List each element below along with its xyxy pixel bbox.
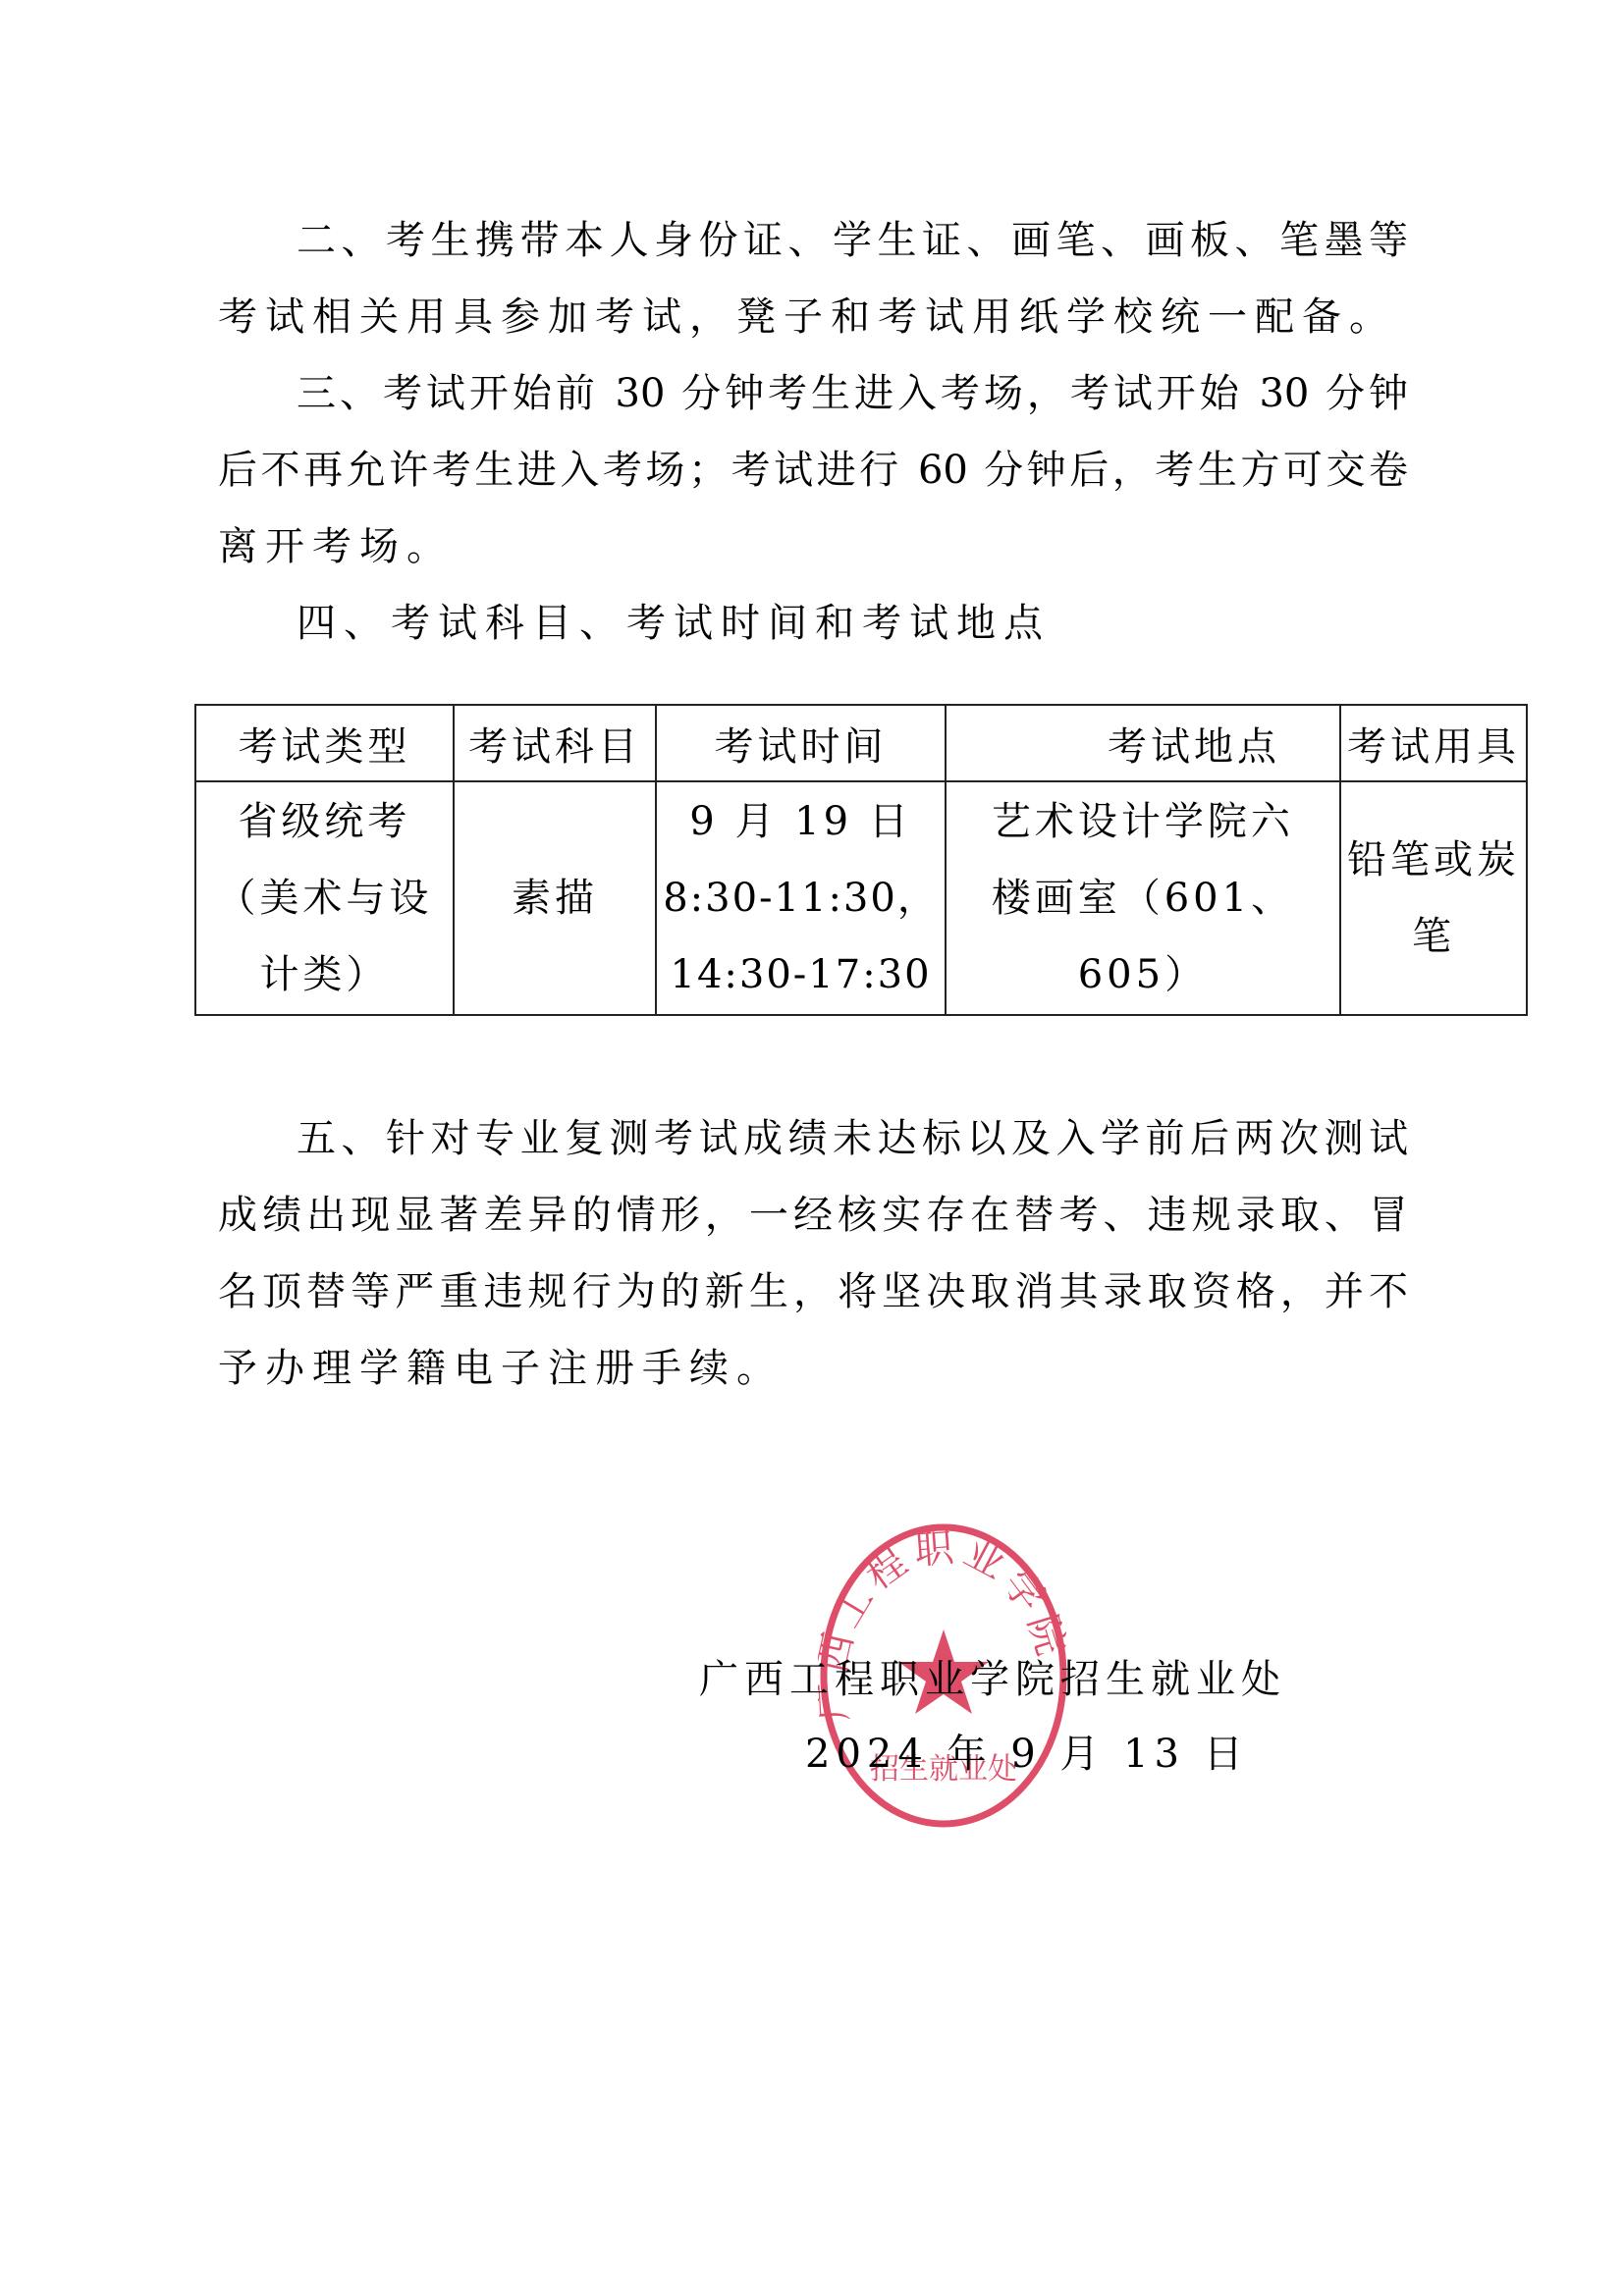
paragraph-5-line-4: 予办理学籍电子注册手续。 [218,1330,1408,1407]
header-exam-location: 考试地点 [946,705,1340,781]
paragraph-3-line-3: 离开考场。 [218,508,1408,585]
signature-date: 2024 年 9 月 13 日 [805,1716,1249,1792]
paragraph-2-line-2: 考试相关用具参加考试，凳子和考试用纸学校统一配备。 [218,279,1408,355]
paragraph-5-line-1: 五、针对专业复测考试成绩未达标以及入学前后两次测试 [297,1100,1408,1177]
signature-organization: 广西工程职业学院招生就业处 [699,1641,1286,1718]
header-exam-type: 考试类型 [195,705,454,781]
paragraph-2-line-1: 二、考生携带本人身份证、学生证、画笔、画板、笔墨等 [297,202,1408,279]
header-exam-tools: 考试用具 [1340,705,1527,781]
cell-exam-type: 省级统考 （美术与设 计类） [195,781,454,1015]
paragraph-3-line-2: 后不再允许考生进入考场；考试进行 60 分钟后，考生方可交卷 [218,432,1408,508]
paragraph-3-line-1: 三、考试开始前 30 分钟考生进入考场，考试开始 30 分钟 [297,355,1408,432]
table-header-row: 考试类型 考试科目 考试时间 考试地点 考试用具 [195,705,1527,781]
cell-exam-tools: 铅笔或炭 笔 [1340,781,1527,1015]
cell-exam-subject: 素描 [454,781,656,1015]
header-exam-subject: 考试科目 [454,705,656,781]
cell-exam-time: 9 月 19 日 8:30-11:30， 14:30-17:30 [656,781,946,1015]
paragraph-5-line-3: 名顶替等严重违规行为的新生，将坚决取消其录取资格，并不 [218,1254,1408,1330]
header-exam-time: 考试时间 [656,705,946,781]
section-heading-exam-schedule: 四、考试科目、考试时间和考试地点 [297,585,1408,662]
exam-schedule-table: 考试类型 考试科目 考试时间 考试地点 考试用具 省级统考 （美术与设 计类） … [194,704,1528,1016]
cell-exam-location: 艺术设计学院六 楼画室（601、 605） [946,781,1340,1015]
paragraph-5-line-2: 成绩出现显著差异的情形，一经核实存在替考、违规录取、冒 [218,1177,1408,1254]
table-row: 省级统考 （美术与设 计类） 素描 9 月 19 日 8:30-11:30， 1… [195,781,1527,1015]
